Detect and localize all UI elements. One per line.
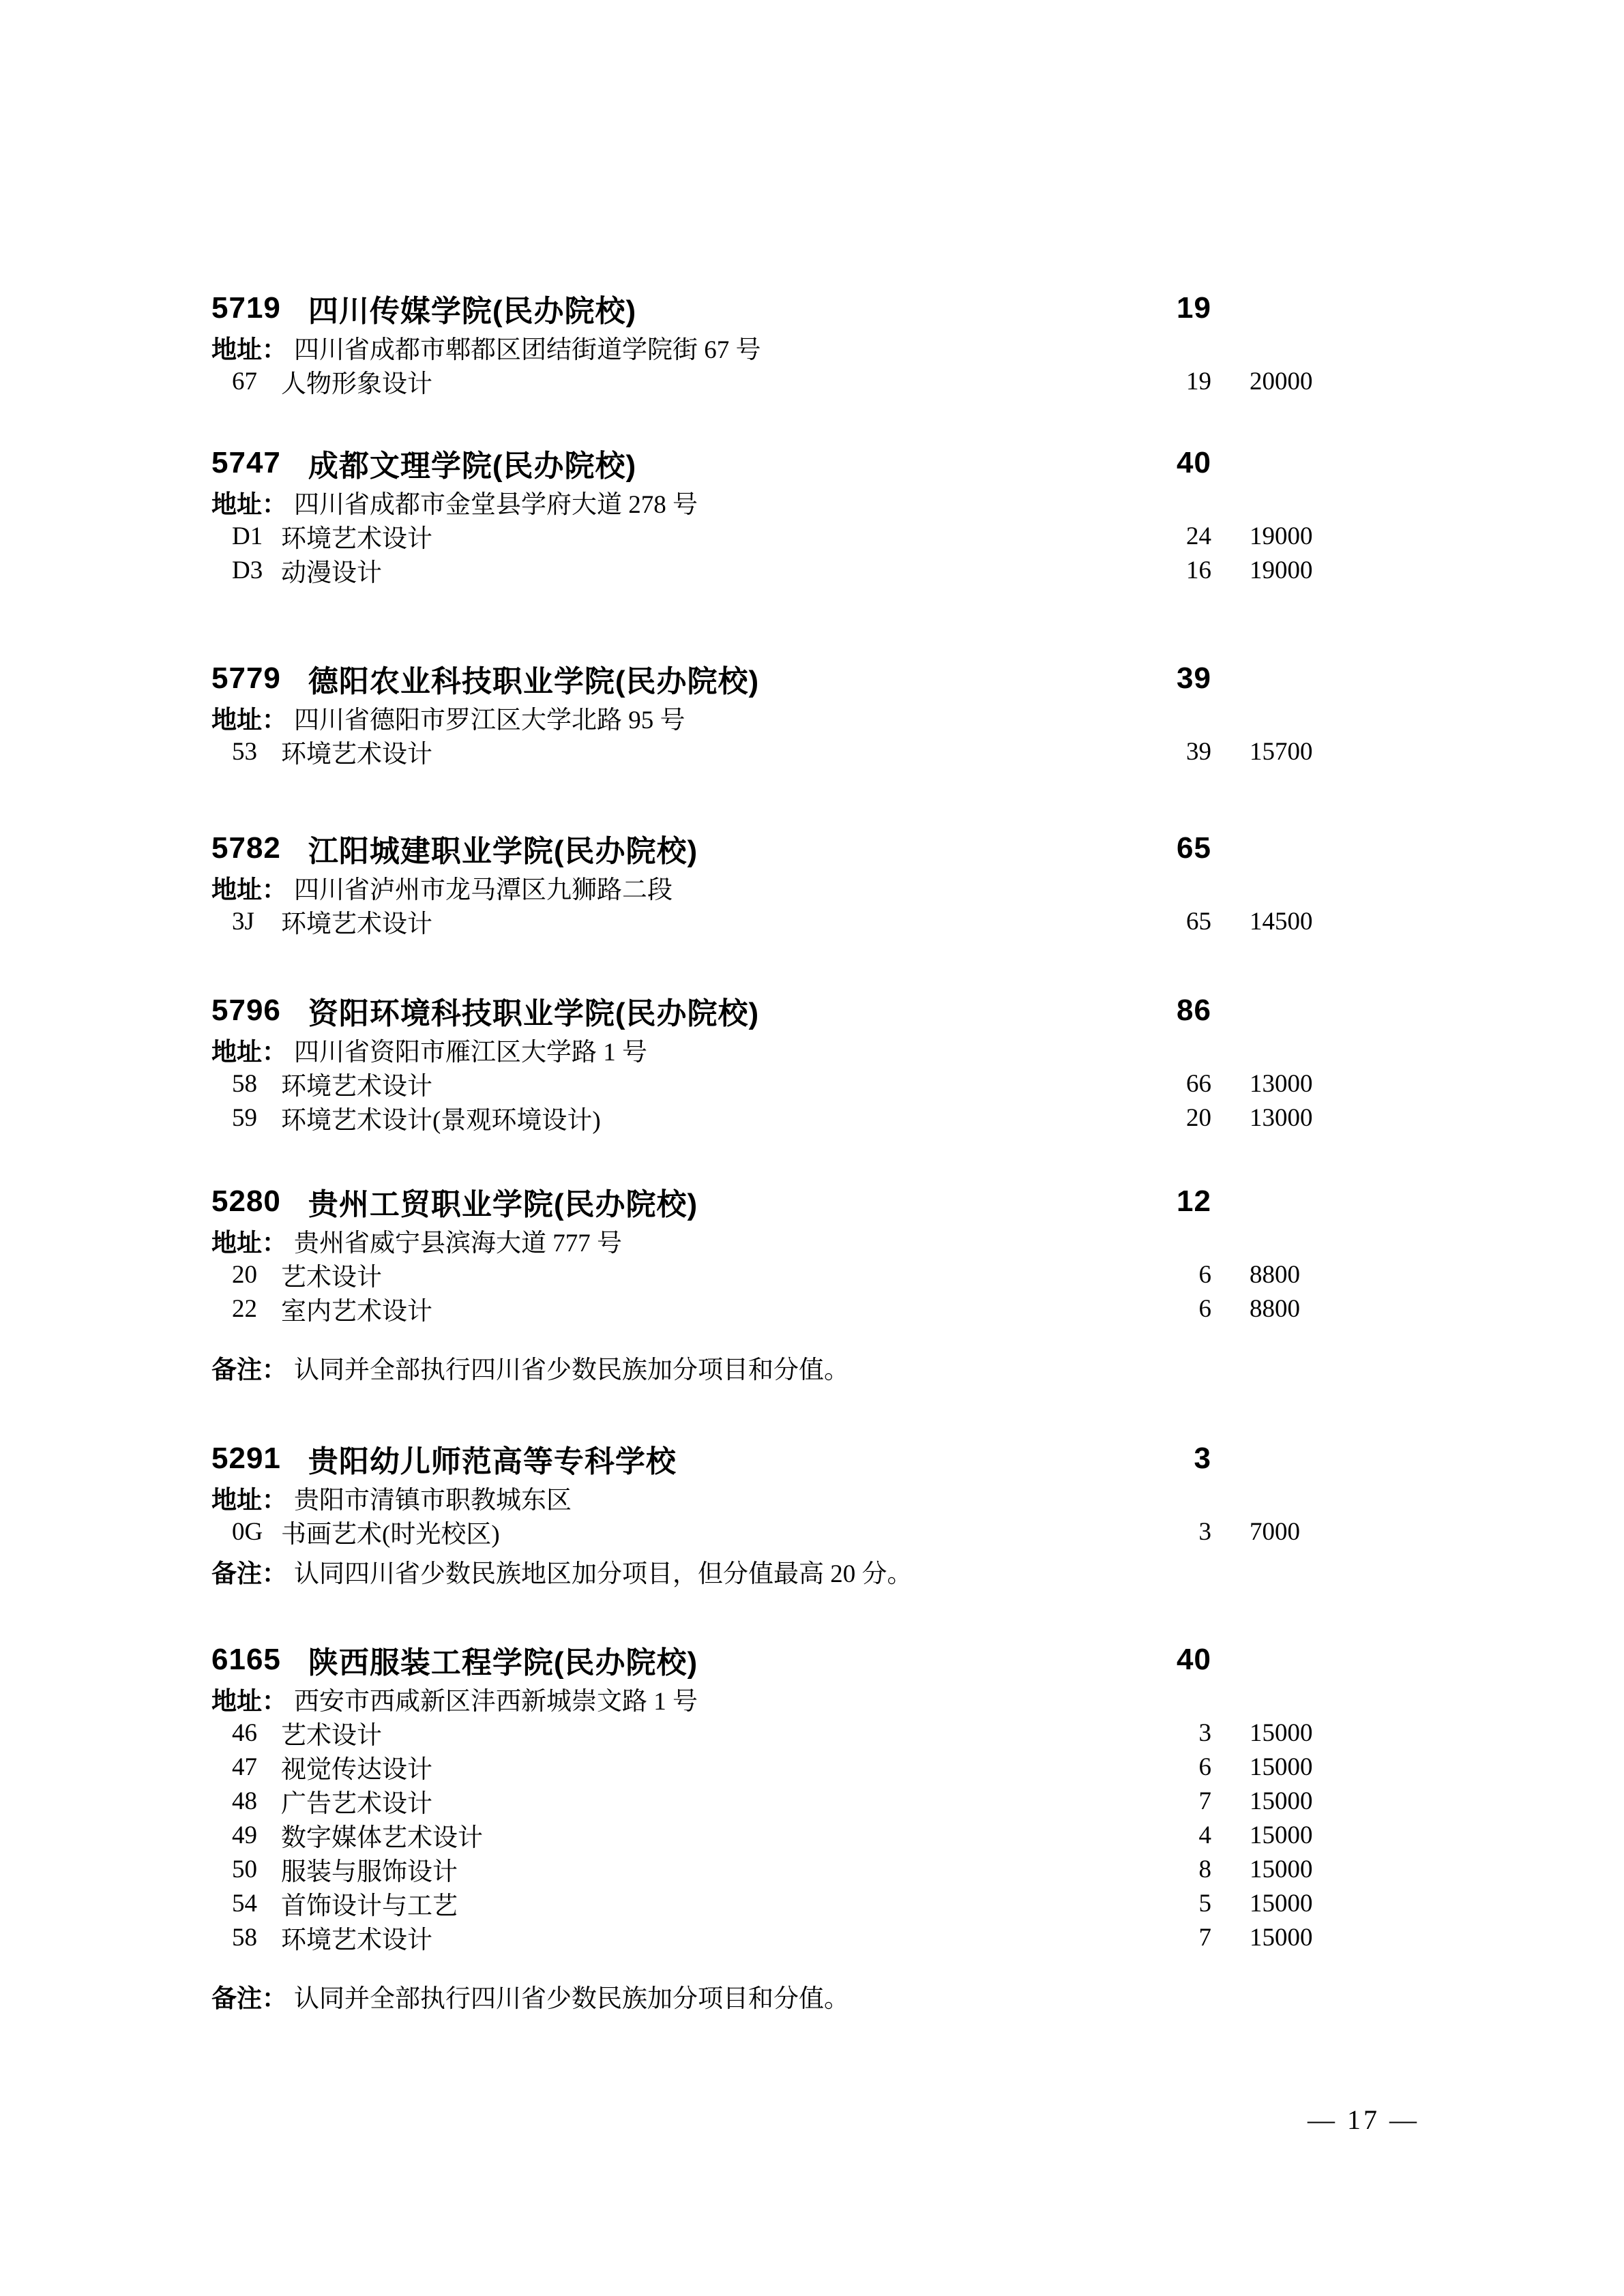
- major-code: 59: [232, 1103, 266, 1133]
- note-text: 认同四川省少数民族地区加分项目，但分值最高 20 分。: [294, 1553, 913, 1590]
- major-tuition: 15000: [1250, 1787, 1323, 1816]
- school-code: 5747: [211, 446, 281, 480]
- major-row: 59 环境艺术设计(景观环境设计) 20 13000: [211, 1101, 1323, 1135]
- major-row: 53 环境艺术设计 39 15700: [211, 734, 1323, 769]
- major-code: 3J: [232, 907, 266, 936]
- major-tuition: 15000: [1250, 1889, 1323, 1918]
- major-row: 58 环境艺术设计 7 15000: [211, 1920, 1323, 1954]
- address-text: 四川省资阳市雁江区大学路 1 号: [294, 1031, 647, 1068]
- school-name: 贵阳幼儿师范高等专科学校: [308, 1437, 1130, 1480]
- address-line: 地址： 四川省成都市金堂县学府大道 278 号: [211, 485, 1323, 519]
- school-plan-total: 39: [1130, 661, 1211, 696]
- address-text: 四川省泸州市龙马潭区九狮路二段: [294, 869, 673, 906]
- address-line: 地址： 贵阳市清镇市职教城东区: [211, 1480, 1323, 1515]
- address-line: 地址： 四川省德阳市罗江区大学北路 95 号: [211, 700, 1323, 734]
- address-label: 地址：: [211, 1479, 287, 1516]
- major-tuition: 15000: [1250, 1718, 1323, 1748]
- note-text: 认同并全部执行四川省少数民族加分项目和分值。: [294, 1349, 849, 1386]
- school-section-5291: 5291 贵阳幼儿师范高等专科学校 3 地址： 贵阳市清镇市职教城东区 0G 书…: [211, 1440, 1323, 1588]
- school-header: 5719 四川传媒学院(民办院校) 19: [211, 289, 1323, 327]
- address-line: 地址： 贵州省威宁县滨海大道 777 号: [211, 1223, 1323, 1257]
- major-name: 环境艺术设计: [281, 518, 1130, 554]
- address-text: 贵阳市清镇市职教城东区: [294, 1479, 572, 1516]
- address-line: 地址： 四川省资阳市雁江区大学路 1 号: [211, 1032, 1323, 1067]
- major-tuition: 13000: [1250, 1103, 1323, 1133]
- school-section-5747: 5747 成都文理学院(民办院校) 40 地址： 四川省成都市金堂县学府大道 2…: [211, 444, 1323, 587]
- school-header: 5796 资阳环境科技职业学院(民办院校) 86: [211, 992, 1323, 1030]
- document-page: 5719 四川传媒学院(民办院校) 19 地址： 四川省成都市郫都区团结街道学院…: [0, 0, 1624, 2296]
- school-name: 四川传媒学院(民办院校): [308, 286, 1130, 330]
- major-plan: 4: [1130, 1821, 1211, 1850]
- major-tuition: 14500: [1250, 907, 1323, 936]
- major-code: D3: [232, 556, 266, 585]
- school-code: 6165: [211, 1643, 281, 1677]
- major-plan: 65: [1130, 907, 1211, 936]
- school-name: 成都文理学院(民办院校): [308, 441, 1130, 485]
- major-tuition: 15000: [1250, 1855, 1323, 1884]
- major-code: 54: [232, 1889, 266, 1918]
- major-row: 20 艺术设计 6 8800: [211, 1257, 1323, 1292]
- school-section-5782: 5782 江阳城建职业学院(民办院校) 65 地址： 四川省泸州市龙马潭区九狮路…: [211, 829, 1323, 938]
- school-plan-total: 86: [1130, 994, 1211, 1028]
- major-code: 58: [232, 1069, 266, 1099]
- major-plan: 5: [1130, 1889, 1211, 1918]
- major-code: 0G: [232, 1517, 266, 1547]
- address-text: 四川省德阳市罗江区大学北路 95 号: [294, 699, 685, 736]
- major-tuition: 15700: [1250, 737, 1323, 766]
- major-row: D1 环境艺术设计 24 19000: [211, 519, 1323, 553]
- page-number: — 17 —: [1308, 2104, 1419, 2136]
- major-name: 室内艺术设计: [281, 1290, 1130, 1327]
- major-plan: 7: [1130, 1923, 1211, 1952]
- major-name: 环境艺术设计(景观环境设计): [281, 1099, 1130, 1136]
- major-name: 数字媒体艺术设计: [281, 1817, 1130, 1853]
- address-label: 地址：: [211, 1222, 287, 1259]
- major-row: D3 动漫设计 16 19000: [211, 553, 1323, 587]
- address-text: 贵州省威宁县滨海大道 777 号: [294, 1222, 622, 1259]
- major-plan: 20: [1130, 1103, 1211, 1133]
- major-tuition: 20000: [1250, 367, 1323, 396]
- major-row: 46 艺术设计 3 15000: [211, 1716, 1323, 1750]
- school-code: 5719: [211, 291, 281, 325]
- school-plan-total: 40: [1130, 446, 1211, 480]
- address-text: 四川省成都市金堂县学府大道 278 号: [294, 483, 698, 520]
- major-plan: 6: [1130, 1260, 1211, 1289]
- major-tuition: 15000: [1250, 1923, 1323, 1952]
- address-label: 地址：: [211, 1031, 287, 1068]
- major-name: 服装与服饰设计: [281, 1851, 1130, 1888]
- school-name: 江阳城建职业学院(民办院校): [308, 826, 1130, 870]
- address-line: 地址： 西安市西咸新区沣西新城崇文路 1 号: [211, 1682, 1323, 1716]
- major-name: 人物形象设计: [281, 363, 1130, 400]
- school-code: 5280: [211, 1184, 281, 1219]
- major-tuition: 13000: [1250, 1069, 1323, 1099]
- major-plan: 24: [1130, 522, 1211, 551]
- address-label: 地址：: [211, 329, 287, 366]
- major-name: 广告艺术设计: [281, 1783, 1130, 1819]
- school-code: 5782: [211, 831, 281, 865]
- major-code: 47: [232, 1753, 266, 1782]
- major-code: 49: [232, 1821, 266, 1850]
- major-tuition: 19000: [1250, 522, 1323, 551]
- major-plan: 8: [1130, 1855, 1211, 1884]
- school-header: 5782 江阳城建职业学院(民办院校) 65: [211, 829, 1323, 867]
- major-code: 58: [232, 1923, 266, 1952]
- major-tuition: 7000: [1250, 1517, 1323, 1547]
- address-text: 西安市西咸新区沣西新城崇文路 1 号: [294, 1680, 698, 1717]
- school-name: 陕西服装工程学院(民办院校): [308, 1638, 1130, 1682]
- address-label: 地址：: [211, 1680, 287, 1717]
- school-section-5796: 5796 资阳环境科技职业学院(民办院校) 86 地址： 四川省资阳市雁江区大学…: [211, 992, 1323, 1135]
- major-name: 动漫设计: [281, 552, 1130, 588]
- school-header: 5779 德阳农业科技职业学院(民办院校) 39: [211, 659, 1323, 698]
- school-header: 5291 贵阳幼儿师范高等专科学校 3: [211, 1440, 1323, 1478]
- note-label: 备注：: [211, 1978, 287, 2014]
- note-text: 认同并全部执行四川省少数民族加分项目和分值。: [294, 1978, 849, 2014]
- major-plan: 3: [1130, 1517, 1211, 1547]
- major-tuition: 19000: [1250, 556, 1323, 585]
- school-code: 5779: [211, 661, 281, 696]
- note-label: 备注：: [211, 1553, 287, 1590]
- school-plan-total: 19: [1130, 291, 1211, 325]
- address-label: 地址：: [211, 869, 287, 906]
- major-code: 50: [232, 1855, 266, 1884]
- school-name: 德阳农业科技职业学院(民办院校): [308, 657, 1130, 700]
- major-plan: 66: [1130, 1069, 1211, 1099]
- major-tuition: 8800: [1250, 1260, 1323, 1289]
- major-plan: 19: [1130, 367, 1211, 396]
- note-label: 备注：: [211, 1349, 287, 1386]
- major-code: 46: [232, 1718, 266, 1748]
- school-name: 贵州工贸职业学院(民办院校): [308, 1180, 1130, 1223]
- school-plan-total: 12: [1130, 1184, 1211, 1219]
- note-line: 备注： 认同四川省少数民族地区加分项目，但分值最高 20 分。: [211, 1554, 1323, 1588]
- school-header: 5280 贵州工贸职业学院(民办院校) 12: [211, 1182, 1323, 1221]
- major-name: 环境艺术设计: [281, 1065, 1130, 1102]
- address-label: 地址：: [211, 699, 287, 736]
- major-code: 20: [232, 1260, 266, 1289]
- school-code: 5796: [211, 994, 281, 1028]
- note-line: 备注： 认同并全部执行四川省少数民族加分项目和分值。: [211, 1979, 1323, 2013]
- major-row: 50 服装与服饰设计 8 15000: [211, 1852, 1323, 1886]
- major-plan: 6: [1130, 1753, 1211, 1782]
- school-plan-total: 3: [1130, 1442, 1211, 1476]
- address-label: 地址：: [211, 483, 287, 520]
- note-line: 备注： 认同并全部执行四川省少数民族加分项目和分值。: [211, 1350, 1323, 1384]
- major-tuition: 8800: [1250, 1294, 1323, 1324]
- address-line: 地址： 四川省泸州市龙马潭区九狮路二段: [211, 870, 1323, 904]
- major-tuition: 15000: [1250, 1821, 1323, 1850]
- major-tuition: 15000: [1250, 1753, 1323, 1782]
- school-section-5719: 5719 四川传媒学院(民办院校) 19 地址： 四川省成都市郫都区团结街道学院…: [211, 289, 1323, 398]
- major-row: 58 环境艺术设计 66 13000: [211, 1067, 1323, 1101]
- address-text: 四川省成都市郫都区团结街道学院街 67 号: [294, 329, 761, 366]
- school-section-6165: 6165 陕西服装工程学院(民办院校) 40 地址： 西安市西咸新区沣西新城崇文…: [211, 1641, 1323, 2013]
- major-name: 首饰设计与工艺: [281, 1885, 1130, 1922]
- major-row: 67 人物形象设计 19 20000: [211, 364, 1323, 398]
- major-name: 环境艺术设计: [281, 733, 1130, 770]
- major-code: 67: [232, 367, 266, 396]
- school-code: 5291: [211, 1442, 281, 1476]
- major-row: 0G 书画艺术(时光校区) 3 7000: [211, 1515, 1323, 1549]
- major-code: 22: [232, 1294, 266, 1324]
- school-header: 5747 成都文理学院(民办院校) 40: [211, 444, 1323, 482]
- school-plan-total: 40: [1130, 1643, 1211, 1677]
- major-plan: 6: [1130, 1294, 1211, 1324]
- major-row: 22 室内艺术设计 6 8800: [211, 1292, 1323, 1326]
- major-code: 53: [232, 737, 266, 766]
- major-row: 48 广告艺术设计 7 15000: [211, 1784, 1323, 1818]
- major-row: 54 首饰设计与工艺 5 15000: [211, 1886, 1323, 1920]
- school-section-5280: 5280 贵州工贸职业学院(民办院校) 12 地址： 贵州省威宁县滨海大道 77…: [211, 1182, 1323, 1384]
- major-name: 环境艺术设计: [281, 903, 1130, 940]
- major-code: 48: [232, 1787, 266, 1816]
- major-plan: 7: [1130, 1787, 1211, 1816]
- major-name: 环境艺术设计: [281, 1919, 1130, 1956]
- major-plan: 3: [1130, 1718, 1211, 1748]
- major-plan: 39: [1130, 737, 1211, 766]
- major-name: 视觉传达设计: [281, 1748, 1130, 1785]
- school-name: 资阳环境科技职业学院(民办院校): [308, 989, 1130, 1032]
- school-section-5779: 5779 德阳农业科技职业学院(民办院校) 39 地址： 四川省德阳市罗江区大学…: [211, 659, 1323, 769]
- school-header: 6165 陕西服装工程学院(民办院校) 40: [211, 1641, 1323, 1679]
- major-plan: 16: [1130, 556, 1211, 585]
- school-plan-total: 65: [1130, 831, 1211, 865]
- major-name: 书画艺术(时光校区): [281, 1513, 1130, 1550]
- major-name: 艺术设计: [281, 1256, 1130, 1293]
- major-name: 艺术设计: [281, 1714, 1130, 1751]
- major-row: 49 数字媒体艺术设计 4 15000: [211, 1818, 1323, 1852]
- major-row: 47 视觉传达设计 6 15000: [211, 1750, 1323, 1784]
- major-code: D1: [232, 522, 266, 551]
- address-line: 地址： 四川省成都市郫都区团结街道学院街 67 号: [211, 330, 1323, 364]
- major-row: 3J 环境艺术设计 65 14500: [211, 904, 1323, 938]
